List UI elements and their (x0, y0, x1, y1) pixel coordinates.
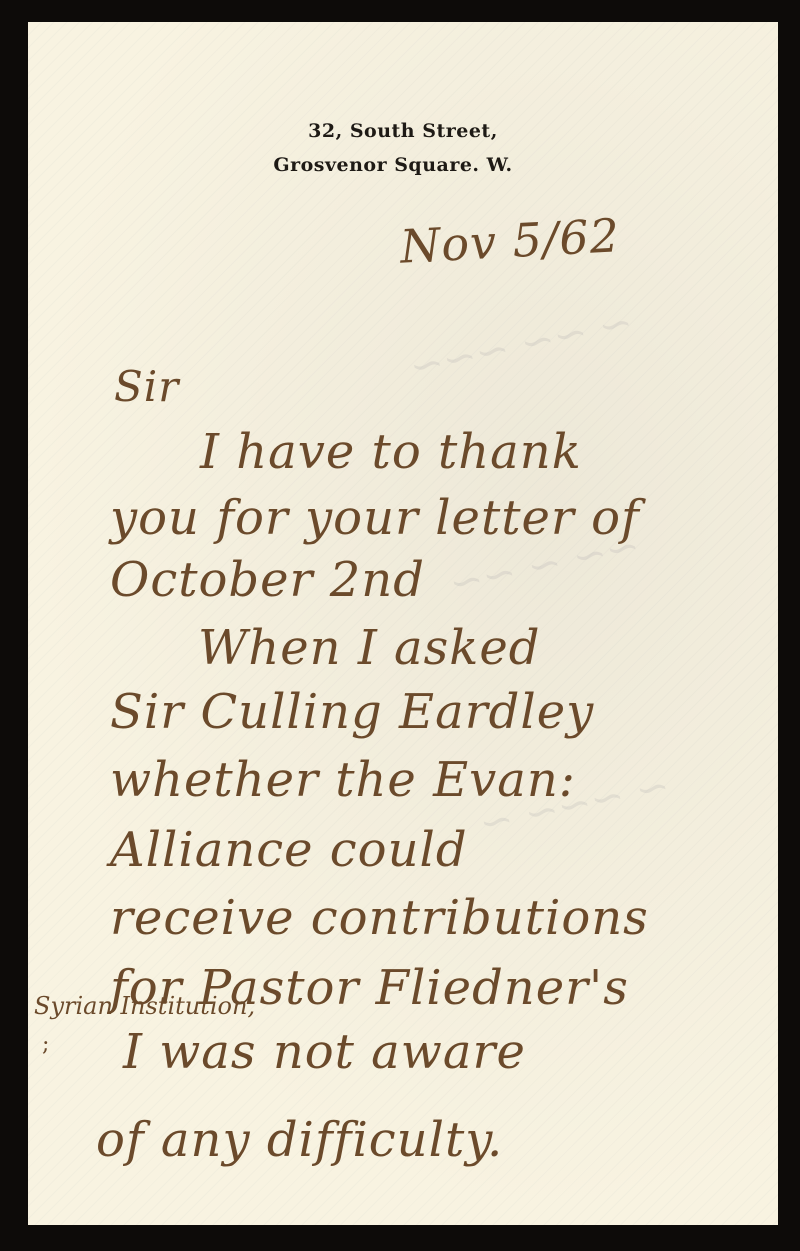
body-line: receive contributions (110, 890, 649, 946)
body-line: October 2nd (110, 552, 425, 608)
body-line: Alliance could (110, 822, 468, 878)
salutation: Sir (114, 362, 179, 411)
letter-date: Nov 5/62 (399, 208, 621, 273)
letter-scan: ~ ~~ ~~~ ~~ ~ ~~ ~ ~~~ ~ 32, South Stree… (0, 0, 800, 1251)
letterhead: 32, South Street, Grosvenor Square. W. (28, 114, 778, 182)
letter-paper: ~ ~~ ~~~ ~~ ~ ~~ ~ ~~~ ~ 32, South Stree… (28, 22, 778, 1225)
body-line: When I asked (198, 620, 541, 676)
body-line: of any difficulty. (96, 1112, 503, 1168)
body-line: you for your letter of (110, 490, 640, 546)
insertion-mark: ; (42, 1032, 49, 1057)
letterhead-street: 32, South Street, (28, 114, 778, 148)
show-through-text: ~ ~~ ~~~ (406, 299, 637, 391)
marginal-insertion: Syrian Institution, (34, 992, 255, 1020)
body-line: Sir Culling Eardley (110, 684, 594, 740)
letterhead-square: Grosvenor Square. W. (28, 148, 778, 182)
body-line: I have to thank (200, 424, 582, 480)
body-line: I was not aware (123, 1024, 526, 1080)
body-line: whether the Evan: (110, 752, 576, 808)
